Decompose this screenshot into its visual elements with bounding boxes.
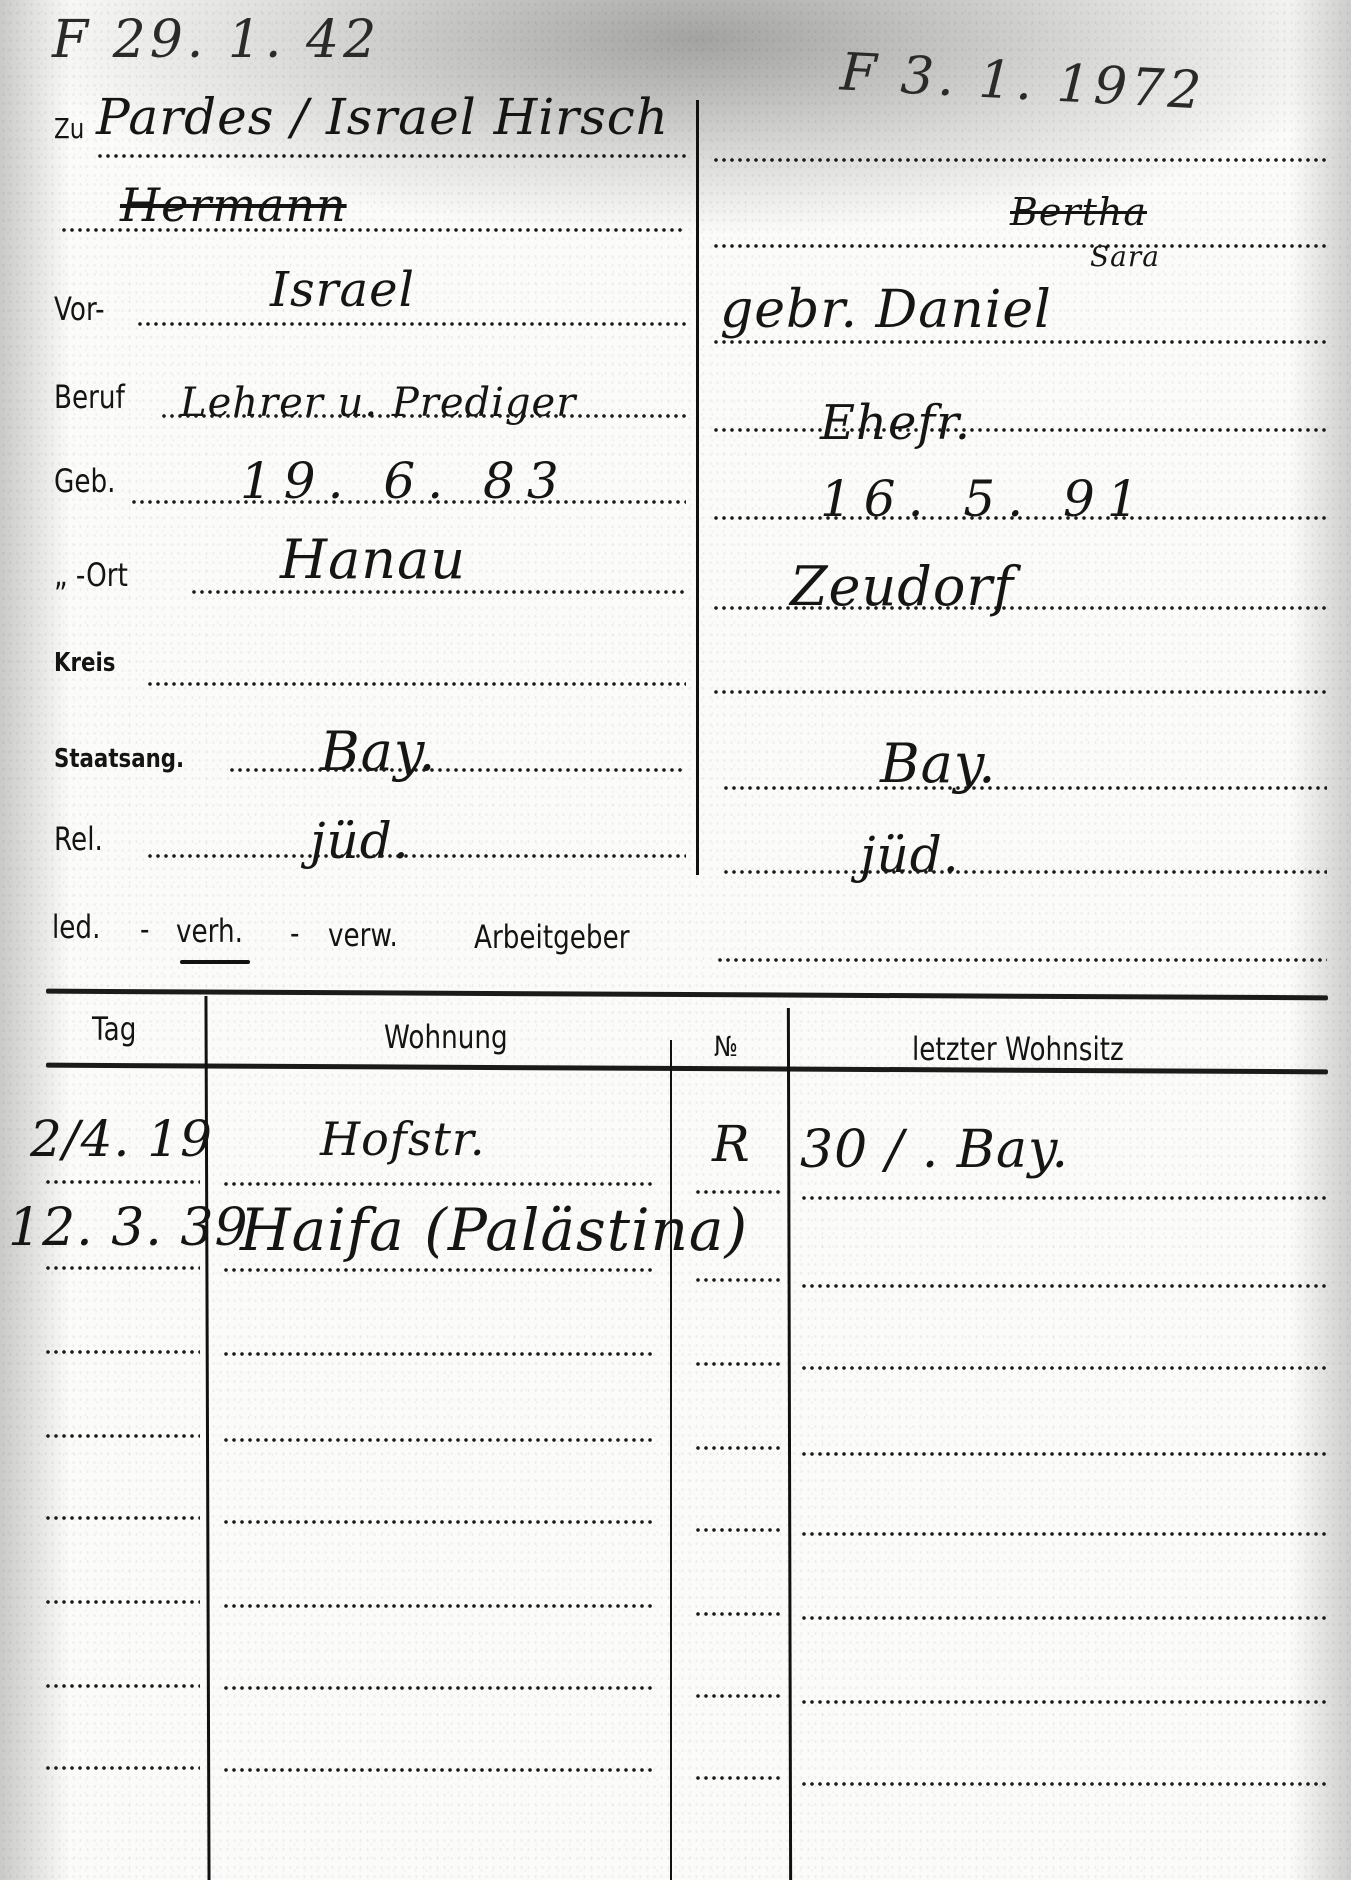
dotted-line	[694, 1362, 780, 1366]
dotted-line	[800, 1782, 1327, 1786]
dotted-line	[130, 500, 686, 504]
marital-sep-2: -	[290, 914, 299, 952]
dotted-line	[712, 516, 1327, 520]
dotted-line	[44, 1350, 200, 1354]
dotted-line	[800, 1452, 1327, 1456]
given-name-left: Israel	[270, 262, 415, 318]
row2-wohnung: Haifa (Palästina)	[240, 1196, 748, 1264]
citizenship-left: Bay.	[320, 720, 436, 783]
dotted-line	[136, 322, 686, 326]
dotted-line	[722, 786, 1327, 790]
dotted-line	[694, 1776, 780, 1780]
dotted-line	[222, 1268, 652, 1272]
dotted-line	[800, 1532, 1327, 1536]
dotted-line	[190, 590, 686, 594]
dotted-line	[222, 1604, 652, 1608]
label-birthplace: „ -Ort	[54, 556, 128, 594]
row1-nr: R	[712, 1115, 751, 1173]
col-divider-wohnung	[670, 1040, 672, 1880]
dotted-line	[44, 1600, 200, 1604]
label-geb: Geb.	[54, 462, 115, 500]
dotted-line	[222, 1520, 652, 1524]
label-beruf: Beruf	[54, 378, 125, 416]
col-header-letzter-wohnsitz: letzter Wohnsitz	[912, 1030, 1124, 1068]
label-zu: Zu	[54, 112, 84, 145]
occupation-right: Ehefr.	[820, 395, 971, 451]
dotted-line	[222, 1686, 652, 1690]
label-religion: Rel.	[54, 820, 103, 858]
row1-wohnung: Hofstr.	[320, 1112, 485, 1166]
dotted-line	[800, 1700, 1327, 1704]
dotted-line	[800, 1616, 1327, 1620]
dotted-line	[716, 958, 1327, 962]
row1-letzter: 30 / . Bay.	[800, 1120, 1069, 1180]
birthplace-left: Hanau	[280, 528, 466, 591]
dotted-line	[146, 682, 686, 686]
dotted-line	[712, 158, 1327, 162]
dotted-line	[222, 1768, 652, 1772]
married-underline	[180, 960, 250, 964]
dotted-line	[146, 854, 686, 858]
dotted-line	[694, 1190, 780, 1194]
dotted-line	[722, 870, 1327, 874]
registration-card: F 29. 1. 42 F 3. 1. 1972 Zu Pardes / Isr…	[0, 0, 1351, 1880]
dotted-line	[44, 1766, 200, 1770]
dotted-line	[694, 1528, 780, 1532]
religion-left: jüd.	[310, 812, 410, 870]
given-name-right-struck: Bertha	[1010, 190, 1147, 234]
dotted-line	[694, 1446, 780, 1450]
religion-right: jüd.	[860, 826, 960, 884]
dotted-line	[44, 1180, 200, 1184]
dotted-line	[712, 428, 1327, 432]
name-value: Pardes / Israel Hirsch	[96, 88, 669, 146]
dotted-line	[800, 1284, 1327, 1288]
label-employer: Arbeitgeber	[474, 918, 630, 956]
dotted-line	[96, 154, 686, 158]
row1-tag: 2/4. 19	[30, 1110, 213, 1168]
dotted-line	[712, 340, 1327, 344]
dotted-line	[712, 690, 1327, 694]
label-citizenship: Staatsang.	[54, 744, 184, 774]
dotted-line	[800, 1196, 1327, 1200]
dotted-line	[44, 1684, 200, 1688]
dotted-line	[222, 1182, 652, 1186]
dotted-line	[712, 244, 1327, 248]
top-left-date-stamp: F 29. 1. 42	[52, 10, 380, 70]
given-name-left-struck: Hermann	[120, 178, 347, 232]
dotted-line	[44, 1266, 200, 1270]
dotted-line	[222, 1438, 652, 1442]
dotted-line	[694, 1278, 780, 1282]
marital-widowed: verw.	[328, 916, 398, 954]
dotted-line	[60, 228, 686, 232]
dotted-line	[160, 414, 686, 418]
label-vor: Vor-	[54, 290, 105, 328]
dotted-line	[222, 1352, 652, 1356]
row2-tag: 12. 3. 39	[8, 1198, 249, 1258]
dotted-line	[694, 1612, 780, 1616]
label-kreis: Kreis	[54, 648, 116, 678]
col-header-wohnung: Wohnung	[384, 1018, 508, 1056]
dotted-line	[44, 1434, 200, 1438]
col-header-tag: Tag	[92, 1010, 136, 1048]
marital-married: verh.	[176, 912, 243, 950]
col-header-nr: №	[714, 1030, 738, 1063]
occupation-left: Lehrer u. Prediger	[180, 380, 576, 426]
dotted-line	[44, 1516, 200, 1520]
marital-single: led.	[52, 908, 100, 946]
dotted-line	[228, 768, 686, 772]
dotted-line	[712, 606, 1327, 610]
column-divider	[696, 100, 699, 875]
given-name-right: gebr. Daniel	[720, 280, 1052, 340]
dotted-line	[800, 1366, 1327, 1370]
marital-sep-1: -	[140, 910, 149, 948]
dotted-line	[694, 1694, 780, 1698]
